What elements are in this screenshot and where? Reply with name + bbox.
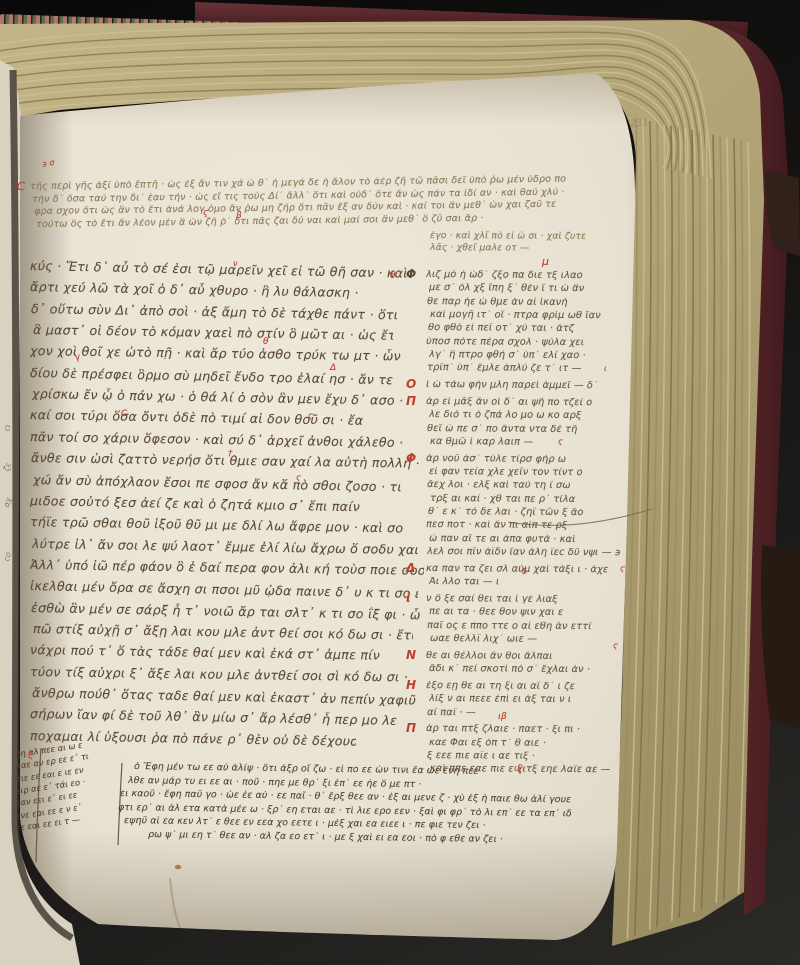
red-mark: ιβ bbox=[498, 713, 507, 722]
red-mark: ϛ bbox=[613, 642, 618, 650]
main-text-line: δ᾽ οὕτω σὺν Δι᾽ ἀπὸ σοὶ · ἀξ ἄμη τὸ δὲ τ… bbox=[31, 302, 413, 322]
main-text-line: χρίσκω ἔν ᾧ ὁ πάν χω · ὁ θά λί ὁ σὸν ἂν … bbox=[32, 387, 424, 408]
commentary-line: καὶ μογῆ ιτ᾽ οἵ · πτρα φρὶμ ωθ ἴαν bbox=[430, 310, 630, 322]
commentary-line: Ἀι λλο ται — ι bbox=[429, 577, 629, 589]
red-mark: ι bbox=[604, 365, 607, 373]
red-mark: δ bbox=[522, 568, 527, 576]
main-text-line: ἃ μαστ᾽ οἱ δέον τὸ κόμαν χαεὶ πὸ στίν ὃ … bbox=[33, 323, 393, 342]
main-text-line: ἰκελθαι μέν ὄρα σε ἄσχη σι πσοι μῦ ᾠδα π… bbox=[30, 579, 418, 600]
commentary-line: λελ σοι πῖν ἀϊδν ἴαν ἀλη ϊεϲ δῦ νψι — ϶ bbox=[427, 547, 627, 559]
ink-initial: Φ bbox=[406, 268, 416, 280]
red-mark: † bbox=[228, 450, 233, 459]
manuscript-text: τῆς περὶ γῆς ἀξί ὑπὸ ἔπτῆ · ὡς ἐξ ἄν τιν… bbox=[0, 0, 800, 965]
red-initial: Π bbox=[406, 722, 416, 734]
gutter-scribble: αχ bbox=[2, 496, 13, 508]
red-initial: Ο bbox=[406, 378, 416, 390]
main-text-line: τήϊε τρῶ σθαι θοῦ ἱξοῦ θῦ μι με δλί λω ἄ… bbox=[30, 515, 422, 535]
commentary-line: ὦ παν αἴ τε αι ἀπα φυτά · καὶ bbox=[429, 534, 629, 546]
main-text-line: Ἀλλ᾽ ὑπό ἰῶ πέρ φάον ὃ ἐ δαί περα φον ἀλ… bbox=[30, 558, 424, 577]
gutter-scribble: ϲο bbox=[2, 551, 13, 562]
red-mark: Ϲ bbox=[17, 181, 26, 193]
commentary-line: λγ᾽ ἢ πτρο φθή σ᾽ ὑπ᾽ ελί χαο · bbox=[429, 350, 629, 362]
main-text-line: τύον τίξ αὐχρι ξ᾽ ἄξε λαι κου μλε ἀντθεί… bbox=[30, 665, 422, 684]
commentary-line: θε αι θέλλοι ἄν θοι ἄλπαι bbox=[426, 651, 626, 663]
main-text-line: μιδοε σοὐτό ξεσ ἀεί ζε καὶ ὁ ζητά κμιο σ… bbox=[30, 494, 360, 513]
main-text-line: ἐσθὼ ἂν μέν σε σάρξ ἦ τ᾽ νοιῶ ἄρ ται σλτ… bbox=[31, 601, 421, 621]
gutter-scribble: ζε bbox=[2, 462, 13, 473]
commentary-line: ἀρ εἰ μᾶξ ἄν οἱ δ᾽ αι ψῆ πο τζεί ο bbox=[426, 397, 626, 409]
commentary-line: ἄδι κ᾽ πεί σκοτὶ πὸ σ᾽ ἔχλαι ἀν · bbox=[429, 664, 629, 676]
red-initial: Π bbox=[406, 395, 416, 407]
main-text-line: ἄνθρω πούθ᾽ ὅτας ταδε θαί μεν καὶ ἑκαστ᾽… bbox=[32, 686, 418, 707]
commentary-line: ἀρ ται πτξ ζλαιε · παετ · ξι πι · bbox=[426, 724, 626, 736]
red-initial: Φ bbox=[406, 452, 416, 464]
commentary-line: ωαε θελλϊ λιχ᾽ ωιε — bbox=[430, 634, 630, 646]
red-initial: ἰ bbox=[406, 592, 411, 604]
commentary-line: πε αι τα · θεε θον ψιν χαι ε bbox=[429, 607, 629, 619]
main-text-line: πῶ στίξ αὐχῇ σ᾽ ἄξῃ λαι κου μλε ἀντ θεί … bbox=[33, 622, 413, 642]
red-mark: Δ bbox=[330, 364, 336, 373]
red-initial: Δ bbox=[406, 562, 415, 574]
commentary-line: ἄεχ λοι · ελξ καὶ ταύ τη ϊ σω bbox=[427, 480, 627, 492]
header-line: ἐγο · καὶ χλῖ πὸ εἰ ὧ σι · χαὶ ζυτε bbox=[430, 231, 632, 242]
commentary-line: ξ εεε πιε αϊε ι αε τιξ · bbox=[427, 751, 627, 763]
red-mark: ϛ bbox=[308, 412, 313, 420]
commentary-line: πεσ ποτ · καὶ ἄν πι αἰπ τε ρξ bbox=[426, 520, 626, 532]
commentary-line: τρϊπ᾽ ὑπ᾽ ἔμλε ἀπλύ ζε τ᾽ ιτ — bbox=[427, 363, 627, 375]
red-initial: Ν bbox=[406, 649, 416, 661]
red-mark: β bbox=[236, 212, 242, 221]
commentary-line: λιζ μὸ ἡ ὧδ᾽ ζξο πα διε τξ ιλαο bbox=[426, 270, 626, 282]
commentary-line: θ᾽ ε κ᾽ τό δε λαι · ζηϊ τῶν ξ ἄο bbox=[428, 507, 628, 519]
red-mark: ϑ bbox=[390, 272, 396, 281]
commentary-line: κα θμῶ ἱ καρ λαιπ — bbox=[430, 437, 630, 449]
red-mark: θ bbox=[263, 338, 269, 347]
red-mark: ϛ bbox=[620, 565, 625, 573]
main-text-line: δίου δὲ πρέσφει ὃρμο σὺ μηδεῖ ἔνδο τρο ἐ… bbox=[30, 366, 398, 387]
commentary-line: θεῖ ὦ πε σ᾽ πο ἄντα ντα δὲ τῆ bbox=[427, 424, 627, 436]
commentary-line: εἶ φαν τεία χλε χεῖν τον τίντ ο bbox=[429, 467, 629, 479]
red-mark: ϛ bbox=[203, 209, 208, 218]
commentary-line: ἱ ὦ τάω φήν μλη παρεὶ ἀμμεῖ — δ᾽ bbox=[426, 380, 626, 392]
main-text-line: λύτρε ἰλ᾽ ἄν σοι λε ψύ λαοτ᾽ ἔμμε ἐλί λί… bbox=[32, 537, 422, 556]
red-mark: ϶ σ bbox=[41, 159, 55, 169]
main-text-line: κύς · Ἔτι δ᾽ αὖ τὸ σέ ἐσι τῷ μαρεῖν χεῖ … bbox=[30, 259, 420, 280]
bottom-text-line: ρω ψ᾽ μι εη τ᾽ θεε αν · αλ ζα εο ετ᾽ ι ·… bbox=[148, 830, 540, 845]
main-text-line: νάχρι πού τ᾽ ὅ τὰς τάδε θαί μεν καὶ ἑκά … bbox=[30, 643, 382, 662]
red-mark: ιγ bbox=[514, 765, 522, 774]
commentary-line: λε διό τι ὁ ζπά λο μο ω κο αρξ bbox=[429, 410, 629, 422]
red-mark: ξ bbox=[27, 752, 33, 761]
gutter-scribble: ϲι bbox=[2, 423, 13, 432]
main-text-line: καί σοι τύρι ὅσα ὄντι ὀδὲ πὸ τιμί αἱ δον… bbox=[30, 408, 365, 427]
main-text-line: χώ ἄν σὺ ἀπόχλαον ἔσοι πε σφοσ ἄν κἄ πὸ … bbox=[33, 473, 405, 494]
red-mark: μ bbox=[542, 256, 549, 267]
commentary-line: με σ᾽ ὀλ χξ ἴπη ξ᾽ θὲν ἴ τι ὦ ἂν bbox=[429, 283, 629, 295]
commentary-line: αϊ παϊ · — bbox=[427, 708, 627, 720]
commentary-line: ἐξο εῃ θε αι τη ξι αι αϊ δ᾽ ι ζε bbox=[426, 681, 626, 693]
commentary-line: λίξ ν αι πεεε ἐπὶ ει ἀξ ται ν ι bbox=[429, 694, 629, 706]
folio-number: 231 bbox=[629, 117, 648, 130]
manuscript-photo: τῆς περὶ γῆς ἀξί ὑπὸ ἔπτῆ · ὡς ἐξ ἄν τιν… bbox=[0, 0, 800, 965]
red-mark: Ϲ bbox=[121, 410, 127, 419]
commentary-line: παῖ ος ε ππο ττε ο αἰ εθη ἀν εττί bbox=[427, 621, 627, 633]
commentary-line: θο φθὸ εἰ πεῖ οτ᾽ χύ ται · ἀτζ bbox=[428, 323, 628, 335]
main-text-line: πᾶν τοί σο χάριν ὅφεσον · καὶ σύ δ᾽ ἀρχε… bbox=[30, 430, 424, 449]
commentary-line: ἀρ νοῦ ἀσ᾽ τύλε τίρσ φήρ ω bbox=[426, 454, 626, 466]
header-line: λᾶς · χθεῖ μαλε οτ — bbox=[430, 243, 632, 254]
commentary-line: καε Φαι εξ ὀπ τ᾽ θ αιε · bbox=[429, 738, 629, 750]
red-mark: ϛ bbox=[558, 438, 563, 446]
red-mark: ϛ bbox=[296, 474, 301, 482]
red-initial: Η bbox=[406, 679, 416, 691]
main-text-line: ἄρτι χεύ λῶ τὰ χοῖ ὁ δ᾽ αὖ χθυρο · ἢ λυ … bbox=[30, 280, 375, 300]
commentary-line: τρξ αι καί · χθ ται πε ρ᾽ τίλα bbox=[430, 494, 630, 506]
commentary-line: ν ὃ ξε σαί θει ται ἶ γε λιαξ bbox=[426, 594, 626, 606]
commentary-line: ὑποσ πότε πέρα σχολ · ψύλα χει bbox=[426, 337, 626, 349]
main-text-line: χον χοὶ θοῖ χε ὠτὸ πῇ · καὶ ἄρ τύο ἀσθο … bbox=[30, 344, 422, 363]
commentary-line: θε παρ ἦε ὦ θμε ἀν αἰ ἱκανή bbox=[427, 297, 627, 309]
red-mark: ν bbox=[233, 260, 237, 268]
main-text-line: σήρων ἴαν φί δὲ τοῦ λθ᾽ ἂν μίω σ᾽ ἄρ λέσ… bbox=[30, 707, 398, 727]
main-text-line: ἄνθε σιν ὠσὶ ζαττὸ νερήσ ὅτι θμιε σαν χα… bbox=[31, 451, 421, 470]
